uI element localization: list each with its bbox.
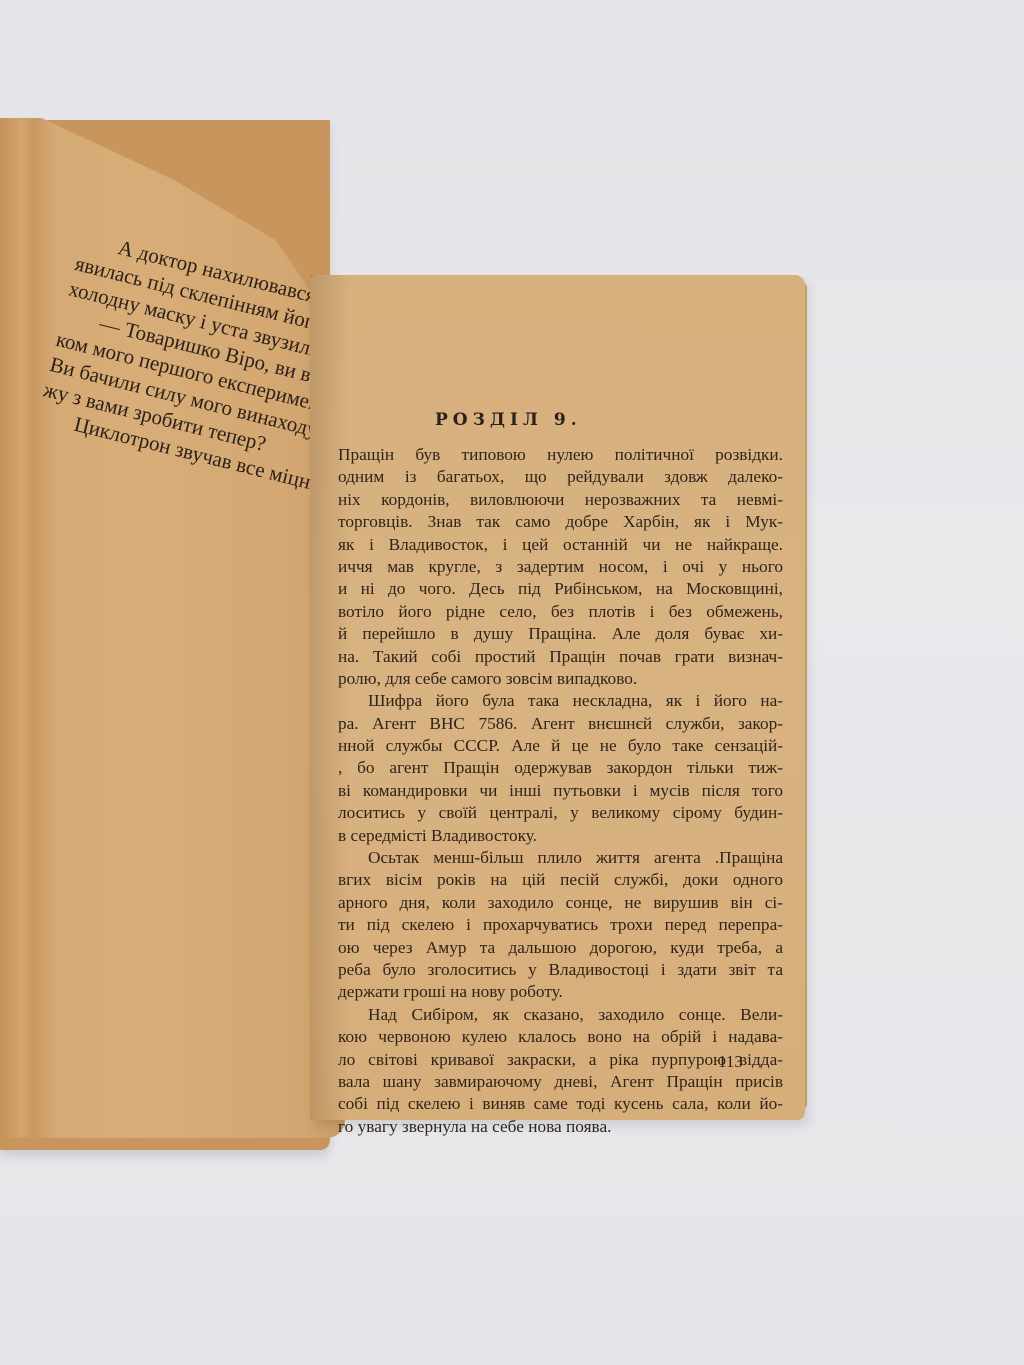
text-line: нной службы СССР. Але й це не було таке … <box>338 735 783 757</box>
text-line: собі під скелею і виняв саме тоді кусень… <box>338 1093 783 1115</box>
right-page-text: Пращін був типовою нулею політичної розв… <box>338 444 783 1138</box>
text-line: вгих вісім років на цій песій службі, до… <box>338 869 783 891</box>
text-line: на. Такий собі простий Пращін почав грат… <box>338 646 783 668</box>
text-line: ра. Агент ВНС 7586. Агент внєшнєй служби… <box>338 713 783 735</box>
text-line: лоситись у своїй централі, у великому сі… <box>338 802 783 824</box>
text-line: го увагу звернула на себе нова поява. <box>338 1116 783 1138</box>
text-line: ло світові кривавої закраски, а ріка пур… <box>338 1049 783 1071</box>
chapter-title: РОЗДІЛ 9. <box>435 410 582 430</box>
text-line: одним із багатьох, що рейдували здовж да… <box>338 466 783 488</box>
text-line: як і Владивосток, і цей останній чи не н… <box>338 534 783 556</box>
text-line: Пращін був типовою нулею політичної розв… <box>338 444 783 466</box>
text-line: арного дня, коли заходило сонце, не виру… <box>338 892 783 914</box>
page-edges <box>0 118 55 1138</box>
text-line: иччя мав кругле, з задертим носом, і очі… <box>338 556 783 578</box>
text-line: ніх кордонів, виловлюючи нерозважних та … <box>338 489 783 511</box>
text-line: и ні до чого. Десь під Рибінськом, на Мо… <box>338 578 783 600</box>
text-line: вотіло його рідне село, без плотів і без… <box>338 601 783 623</box>
text-line: держати гроші на нову роботу. <box>338 981 783 1003</box>
text-line: Шифра його була така нескладна, як і йог… <box>338 690 783 712</box>
text-line: ти під скелею і прохарчуватись трохи пер… <box>338 914 783 936</box>
text-line: в середмісті Владивостоку. <box>338 825 783 847</box>
text-line: й перейшло в душу Пращіна. Але доля бува… <box>338 623 783 645</box>
text-line: реба було зголоситись у Владивостоці і з… <box>338 959 783 981</box>
text-line: кою червоною кулею клалось воно на обрій… <box>338 1026 783 1048</box>
text-line: ою через Амур та дальшою дорогою, куди т… <box>338 937 783 959</box>
text-line: Над Сибіром, як сказано, заходило сонце.… <box>338 1004 783 1026</box>
page-number: 113 <box>718 1052 743 1072</box>
text-line: вала шану завмираючому дневі, Агент Пращ… <box>338 1071 783 1093</box>
text-line: торговців. Знав так само добре Харбін, я… <box>338 511 783 533</box>
text-line: Осьтак менш-більш плило життя агента .Пр… <box>338 847 783 869</box>
text-line: ві командировки чи інші путьовки і мусів… <box>338 780 783 802</box>
text-line: , бо агент Пращін одержував закордон тіл… <box>338 757 783 779</box>
text-line: ролю, для себе самого зовсім випадково. <box>338 668 783 690</box>
